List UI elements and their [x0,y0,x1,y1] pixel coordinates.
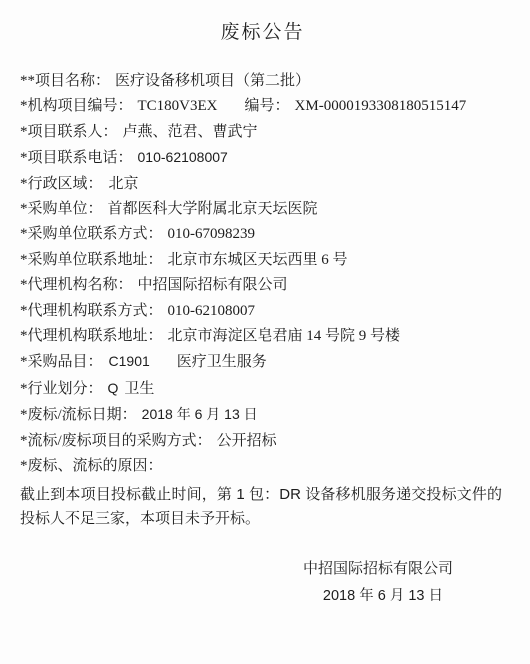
field-label: *代理机构联系地址： [20,328,163,344]
field-row-project-name: **项目名称：医疗设备移机项目（第二批） [20,69,505,94]
field-value: 医疗设备移机项目（第二批） [115,73,310,89]
field-label: *采购单位联系地址： [20,252,163,268]
field-value: TC180V3EX [138,98,218,114]
field-label: **项目名称： [20,73,110,89]
signature-company: 中招国际招标有限公司 [20,556,505,583]
field-label-secondary: 编号： [245,98,290,114]
field-value: 卢燕、范君、曹武宁 [123,124,258,140]
field-row-procurement-item: *采购品目：C1901医疗卫生服务 [20,349,505,375]
field-label: *项目联系电话： [20,150,133,166]
field-row-agency-name: *代理机构名称：中招国际招标有限公司 [20,273,505,298]
field-row-cancellation-reason: *废标、流标的原因： [20,454,505,479]
field-label: *机构项目编号： [20,98,133,114]
field-label: *采购品目： [20,354,103,370]
field-row-industry: *行业划分：Q卫生 [20,376,505,402]
field-value: Q [108,380,119,396]
field-row-agency-phone: *代理机构联系方式：010-62108007 [20,299,505,324]
field-row-procurement-method: *流标/废标项目的采购方式：公开招标 [20,429,505,454]
field-value: 首都医科大学附属北京天坛医院 [108,201,318,217]
field-label: *废标、流标的原因： [20,458,163,474]
reason-paragraph: 截止到本项目投标截止时间，第 1 包：DR 设备移机服务递交投标文件的投标人不足… [20,483,502,532]
field-row-purchaser: *采购单位：首都医科大学附属北京天坛医院 [20,197,505,222]
field-row-contact-person: *项目联系人：卢燕、范君、曹武宁 [20,120,505,145]
page-title: 废标公告 [20,20,505,46]
field-list: **项目名称：医疗设备移机项目（第二批） *机构项目编号：TC180V3EX编号… [20,69,505,480]
field-row-agency-address: *代理机构联系地址：北京市海淀区皂君庙 14 号院 9 号楼 [20,324,505,349]
field-value: 北京市东城区天坛西里 6 号 [168,252,348,268]
field-row-purchaser-address: *采购单位联系地址：北京市东城区天坛西里 6 号 [20,248,505,273]
field-label: *代理机构名称： [20,277,133,293]
field-value: C1901 [109,353,150,369]
field-value-secondary: XM-0000193308180515147 [295,98,467,114]
field-label: *行政区域： [20,176,103,192]
field-row-purchaser-phone: *采购单位联系方式：010-67098239 [20,222,505,247]
field-label: *代理机构联系方式： [20,303,163,319]
field-value: 中招国际招标有限公司 [138,277,288,293]
field-value-secondary: 卫生 [124,381,154,397]
signature-block: 中招国际招标有限公司 2018 年 6 月 13 日 [20,556,505,610]
field-label: *行业划分： [20,381,103,397]
field-label: *废标/流标日期： [20,407,137,423]
field-row-org-project-no: *机构项目编号：TC180V3EX编号：XM-00001933081805151… [20,94,505,119]
field-value-secondary: 医疗卫生服务 [177,354,267,370]
field-value: 010-67098239 [168,226,256,242]
field-label: *流标/废标项目的采购方式： [20,433,212,449]
signature-date: 2018 年 6 月 13 日 [20,583,505,610]
field-value: 2018 年 6 月 13 日 [142,406,258,422]
field-row-contact-phone: *项目联系电话：010-62108007 [20,145,505,171]
field-label: *项目联系人： [20,124,118,140]
announcement-page: 废标公告 **项目名称：医疗设备移机项目（第二批） *机构项目编号：TC180V… [0,0,530,664]
field-label: *采购单位联系方式： [20,226,163,242]
field-row-region: *行政区域：北京 [20,172,505,197]
field-value: 北京市海淀区皂君庙 14 号院 9 号楼 [168,328,401,344]
field-value: 010-62108007 [138,149,228,165]
field-value: 公开招标 [217,433,277,449]
field-label: *采购单位： [20,201,103,217]
field-value: 北京 [109,176,139,192]
field-row-cancellation-date: *废标/流标日期：2018 年 6 月 13 日 [20,402,505,428]
field-value: 010-62108007 [168,303,256,319]
